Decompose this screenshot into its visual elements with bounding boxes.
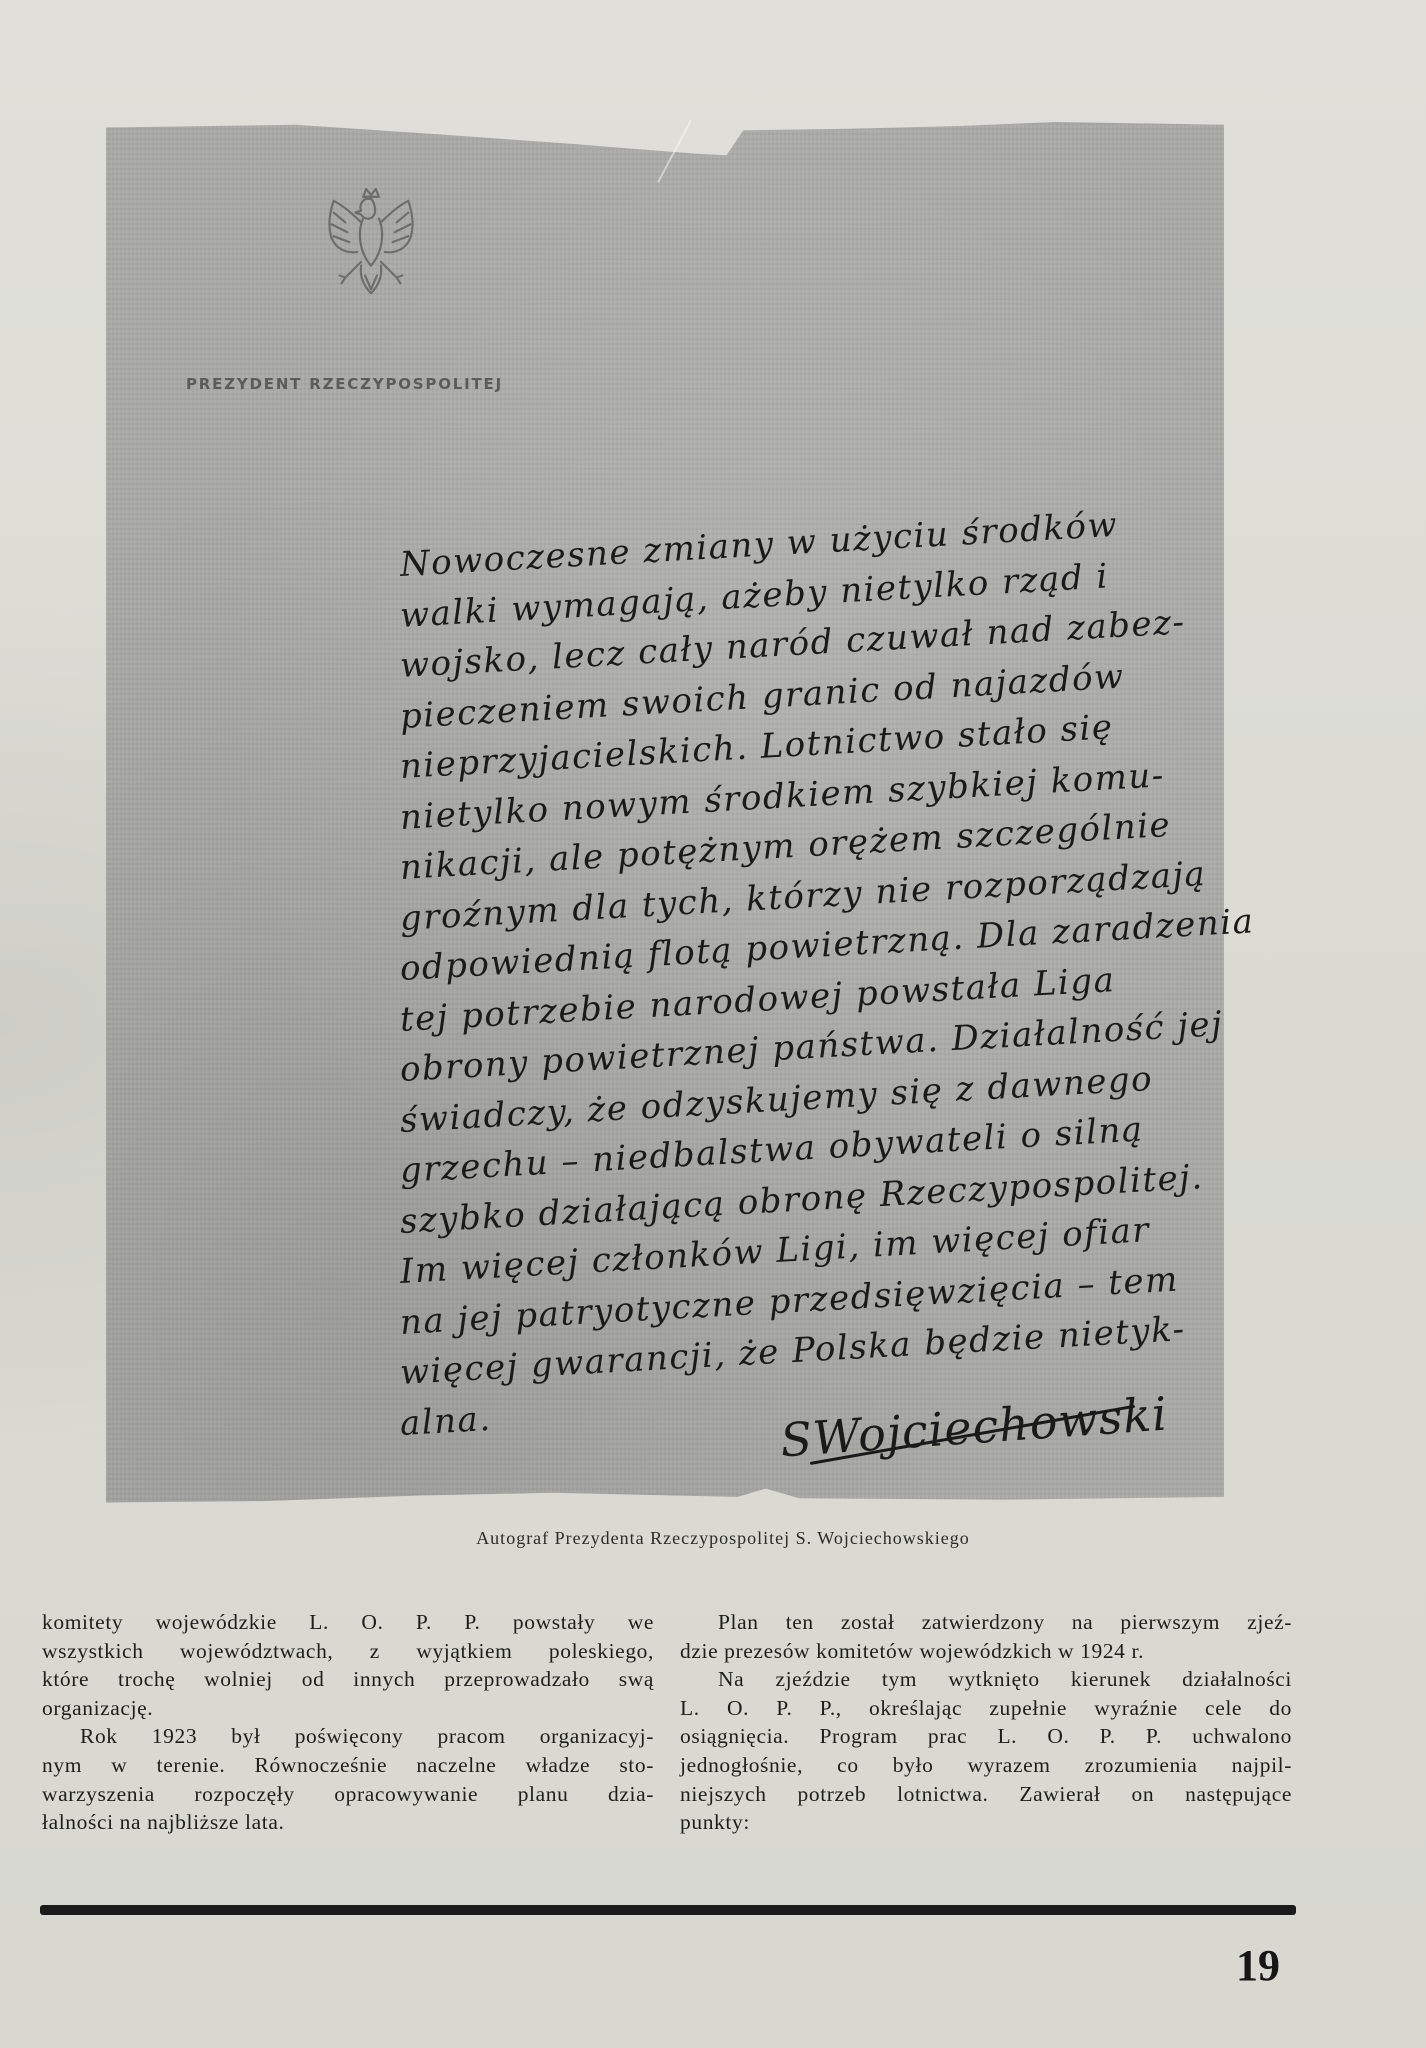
letterhead: PREZYDENT RZECZYPOSPOLITEJ [186, 375, 503, 393]
text-line: niejszych potrzeb lotnictwa. Zawierał on… [680, 1780, 1292, 1809]
paragraph: Rok 1923 był poświęcony pracom organizac… [42, 1722, 654, 1836]
book-page: PREZYDENT RZECZYPOSPOLITEJ Nowoczesne zm… [0, 0, 1426, 2048]
text-line: dzie prezesów komitetów wojewódzkich w 1… [680, 1637, 1292, 1666]
page-number: 19 [1236, 1940, 1280, 1991]
paragraph: komitety wojewódzkie L. O. P. P. powstał… [42, 1608, 654, 1722]
text-column-left: komitety wojewódzkie L. O. P. P. powstał… [42, 1608, 654, 1837]
text-line: Rok 1923 był poświęcony pracom organizac… [42, 1722, 654, 1751]
text-line: jednogłośnie, co było wyrazem zrozumieni… [680, 1751, 1292, 1780]
text-column-right: Plan ten został zatwierdzony na pierwszy… [680, 1608, 1292, 1837]
text-line: które trochę wolniej od innych przeprowa… [42, 1665, 654, 1694]
text-line: Na zjeździe tym wytknięto kierunek dział… [680, 1665, 1292, 1694]
handwritten-letter-body: Nowoczesne zmiany w użyciu środków walki… [400, 540, 1230, 1449]
figure-caption: Autograf Prezydenta Rzeczypospolitej S. … [0, 1528, 1426, 1549]
text-line: L. O. P. P., określając zupełnie wyraźni… [680, 1694, 1292, 1723]
text-line: wszystkich województwach, z wyjątkiem po… [42, 1637, 654, 1666]
footer-rule [40, 1905, 1296, 1915]
text-line: komitety wojewódzkie L. O. P. P. powstał… [42, 1608, 654, 1637]
text-line: punkty: [680, 1808, 1292, 1837]
text-line: osiągnięcia. Program prac L. O. P. P. uc… [680, 1722, 1292, 1751]
paragraph: Plan ten został zatwierdzony na pierwszy… [680, 1608, 1292, 1665]
text-line: organizację. [42, 1694, 654, 1723]
text-line: Plan ten został zatwierdzony na pierwszy… [680, 1608, 1292, 1637]
text-line: łalności na najbliższe lata. [42, 1808, 654, 1837]
paragraph: Na zjeździe tym wytknięto kierunek dział… [680, 1665, 1292, 1837]
text-line: warzyszenia rozpoczęły opracowywanie pla… [42, 1780, 654, 1809]
text-line: nym w terenie. Równocześnie naczelne wła… [42, 1751, 654, 1780]
polish-eagle-emblem-icon [312, 182, 430, 312]
